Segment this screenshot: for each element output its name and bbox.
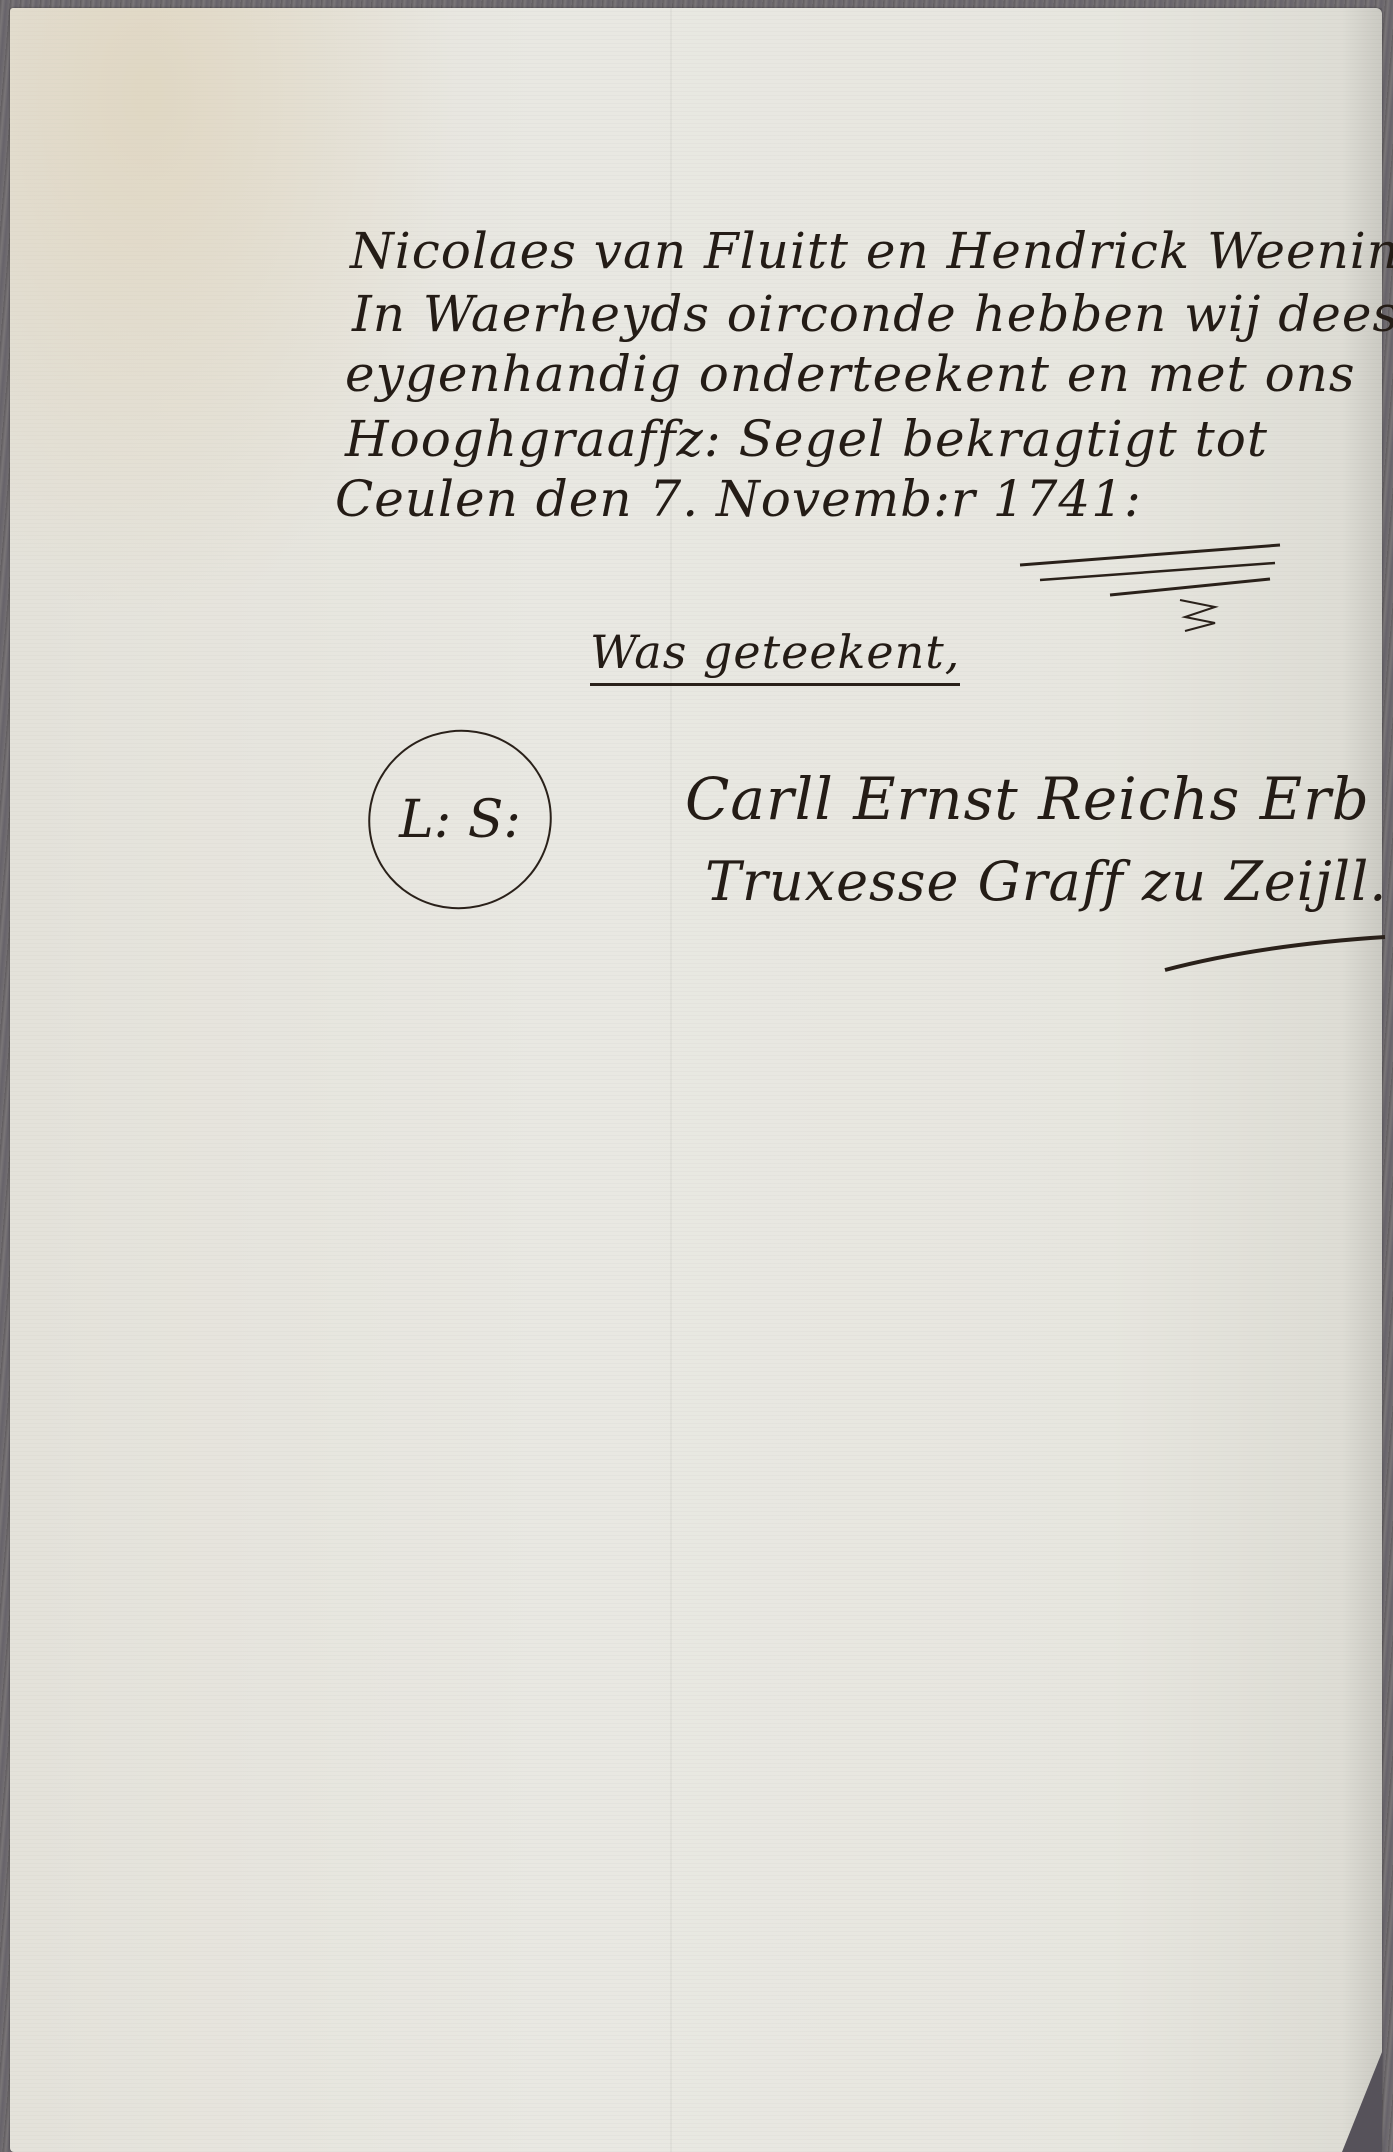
date-flourish-icon [1000, 535, 1300, 645]
signature-line-1: Carll Ernst Reichs Erb [685, 765, 1370, 833]
torn-corner [1342, 2052, 1382, 2152]
text-line-3: eygenhandig onderteekent en met ons [345, 345, 1356, 403]
signature-line-2: Truxesse Graff zu Zeijll. [705, 850, 1387, 913]
text-line-5-date: Ceulen den 7. Novemb:r 1741: [335, 470, 1142, 528]
signature-underline-icon [1160, 925, 1390, 975]
text-line-4: Hooghgraaffz: Segel bekragtigt tot [345, 410, 1268, 468]
seal-text: L: S: [399, 790, 521, 850]
text-line-1: Nicolaes van Fluitt en Hendrick Weenink [350, 222, 1393, 280]
text-line-2: In Waerheyds oirconde hebben wij deese [352, 285, 1393, 343]
signed-label: Was geteekent, [590, 625, 960, 686]
